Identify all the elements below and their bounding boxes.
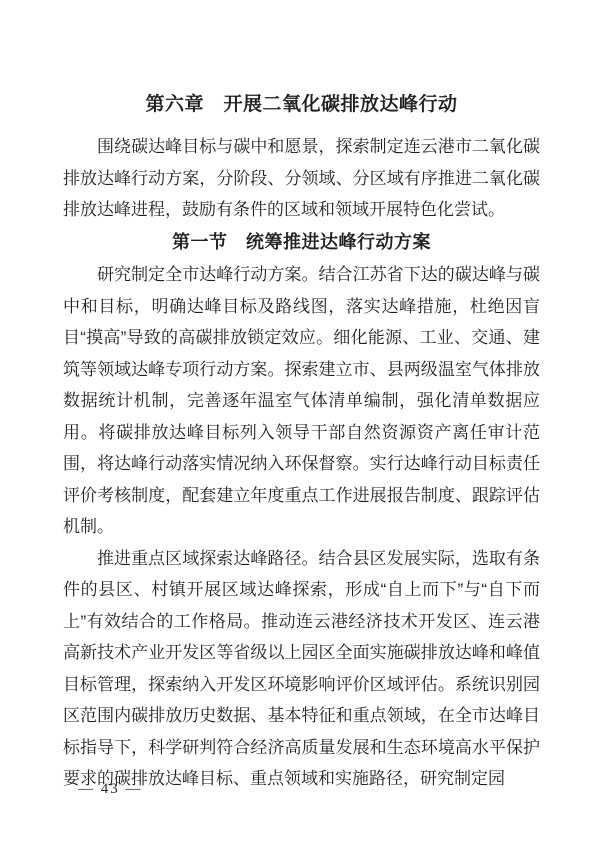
section-heading: 第一节 统筹推进达峰行动方案 [63,227,540,259]
chapter-heading: 第六章 开展二氧化碳排放达峰行动 [63,90,540,120]
body-paragraph-2: 推进重点区域探索达峰路径。结合县区发展实际，选取有条件的县区、村镇开展区域达峰探… [63,543,540,795]
page-number: — 43 — [78,781,143,798]
document-page: 第六章 开展二氧化碳排放达峰行动 围绕碳达峰目标与碳中和愿景，探索制定连云港市二… [0,0,600,848]
intro-paragraph: 围绕碳达峰目标与碳中和愿景，探索制定连云港市二氧化碳排放达峰行动方案，分阶段、分… [63,131,540,226]
body-paragraph-1: 研究制定全市达峰行动方案。结合江苏省下达的碳达峰与碳中和目标，明确达峰目标及路线… [63,259,540,543]
